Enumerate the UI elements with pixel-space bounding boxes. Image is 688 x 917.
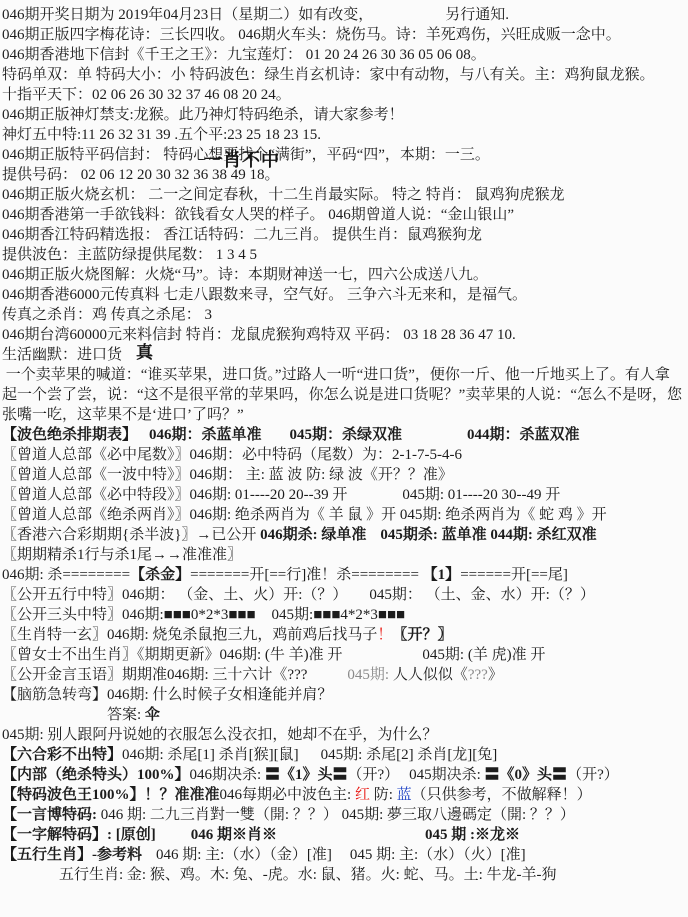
text-line: 046期正版神灯禁支:龙猴。此乃神灯特码绝杀，请大家参考！	[2, 105, 686, 125]
text-segment: 【杀金】	[130, 567, 190, 583]
text-line: 答案: 伞	[2, 705, 686, 725]
text-line: 【六合彩不出特】046期: 杀尾[1] 杀肖[猴][鼠]045期: 杀尾[2] …	[2, 745, 686, 765]
text-segment: 防:	[370, 787, 397, 803]
text-segment: 【五行生肖】	[2, 847, 92, 863]
text-line: 【脑筋急转弯】046期: 什么时候子女相逢能并肩？	[2, 685, 686, 705]
text-segment: 人人似似《	[389, 667, 468, 683]
text-segment: 〓《0》头〓	[485, 767, 568, 783]
text-line: 046期正版特平码信封： 特码心想要找个“满街”，平码“四”，本期：一三。	[2, 145, 686, 165]
text-segment: 【1】	[423, 567, 461, 583]
text-segment: 046期香江特码精选报： 香江话特码：二九三肖。 提供生肖：鼠鸡猴狗龙	[2, 227, 482, 243]
text-line: 〖期期精杀1行与杀1尾→→准准准〗	[2, 545, 686, 565]
text-segment: 046每期必中波色主:	[220, 787, 355, 803]
text-segment: 046期香港6000元传真料 七走八跟数来寻，空气好。 三争六斗无来和，是福气。	[2, 287, 527, 303]
text-line: 046期香江特码精选报： 香江话特码：二九三肖。 提供生肖：鼠鸡猴狗龙	[2, 225, 686, 245]
text-line: 046期香港6000元传真料 七走八跟数来寻，空气好。 三争六斗无来和，是福气。	[2, 285, 686, 305]
text-segment: ■■■	[313, 607, 340, 623]
text-segment: ■■■	[378, 607, 405, 623]
text-segment: 一个卖苹果的喊道：“谁买苹果，进口货。”过路人一听“进口货”，便你一斤、他一斤地…	[2, 367, 670, 383]
text-line: 〖曾道人总部《必中尾数》〗046期：必中特码（尾数）为：2-1-7-5-4-6	[2, 445, 686, 465]
text-segment: 〖香港六合彩期期{杀半波}〗→已公开	[2, 527, 260, 543]
text-line: 神灯五中特:11 26 32 31 39 .五个平:23 25 18 23 15…	[2, 125, 686, 145]
text-line: 046期台湾60000元来料信封 特肖：龙鼠虎猴狗鸡特双 平码： 03 18 2…	[2, 325, 686, 345]
text-segment: 〖公开三头中特〗046期:	[2, 607, 164, 623]
text-line: 〖曾女士不出生肖〗《期期更新》046期: (牛 羊)准 开045期: (羊 虎)…	[2, 645, 686, 665]
text-segment: 》	[488, 667, 503, 683]
text-segment: 答案:	[107, 707, 145, 723]
text-line: 〖公开五行中特〗046期： （金、土、火）开:（？）045期： （土、金、水）开…	[2, 585, 686, 605]
text-segment: 【一言博特码:	[2, 807, 101, 823]
spacer	[307, 665, 347, 666]
text-line: 传真之杀肖：鸡 传真之杀尾： 3	[2, 305, 686, 325]
text-line: 046期: 杀========【杀金】=======开[==行]准！杀=====…	[2, 565, 686, 585]
text-segment: 045期:	[347, 667, 389, 683]
spacer	[277, 825, 425, 826]
text-segment: 〖曾道人总部《必中尾数》〗046期：必中特码（尾数）为：2-1-7-5-4-6	[2, 447, 462, 463]
spacer	[137, 425, 149, 426]
text-segment: （开?）	[567, 767, 619, 783]
text-line: 【特码波色王100%】！？准准准046每期必中波色主: 红 防: 蓝（只供参考，…	[2, 785, 686, 805]
text-segment: ■■■	[164, 607, 191, 623]
spacer	[262, 425, 290, 426]
text-segment: 〖曾女士不出生肖〗《期期更新》046期: (牛 羊)准 开	[2, 647, 342, 663]
text-line: 〖公开金言玉语〗期期准046期: 三十六计《???045期: 人人似似《???》	[2, 665, 686, 685]
text-segment: 起一个尝了尝，说：“这不是很平常的苹果吗，你怎么说是进口货呢？”卖苹果的人说：“…	[2, 387, 682, 403]
spacer	[366, 525, 380, 526]
text-segment: 046期台湾60000元来料信封 特肖：龙鼠虎猴狗鸡特双 平码： 03 18 2…	[2, 327, 516, 343]
text-segment: 【一字解特码】: [原创]	[2, 827, 156, 843]
page: { "page": { "colors": { "red": "#e8120c"…	[0, 0, 688, 917]
text-segment: 神灯五中特:11 26 32 31 39 .五个平:23 25 18 23 15…	[2, 127, 321, 143]
text-segment: 045期: 别人跟阿丹说她的衣服怎么没衣扣，她却不在乎，为什么？	[2, 727, 437, 743]
text-segment: 046 期: 主:（水）（金）[准]	[156, 847, 332, 863]
text-segment: 045期: (羊 虎)准 开	[422, 647, 545, 663]
text-segment: 046 期※肖※	[191, 827, 277, 843]
text-segment: 046期正版四字梅花诗：三长四收。 046期火车头：烧伤马。诗：羊死鸡伤，兴旺成…	[2, 27, 621, 43]
text-segment: （开?）	[347, 767, 399, 783]
text-segment: 传真之杀肖：鸡 传真之杀尾： 3	[2, 307, 212, 323]
text-segment: 〖公开金言玉语〗期期准046期: 三十六计《???	[2, 667, 307, 683]
spacer	[347, 485, 402, 486]
text-line: 特码单双：单 特码大小：小 特码波色：绿生肖玄机诗：家中有动物，与八有关。主：鸡…	[2, 65, 686, 85]
text-line: 十指平天下：02 06 26 30 32 37 46 08 20 24。	[2, 85, 686, 105]
text-segment: 十指平天下：02 06 26 30 32 37 46 08 20 24。	[2, 87, 291, 103]
text-segment: 045期:	[272, 607, 314, 623]
text-segment: 0*2*3	[191, 607, 229, 623]
text-segment: 提供波色：主蓝防绿提供尾数： 1 3 4 5	[2, 247, 257, 263]
text-segment: 045 期: 主:（水）（火）[准]	[350, 847, 526, 863]
text-line: 〖曾道人总部《一波中特》〗046期： 主: 蓝 波 防: 绿 波《开？？准》	[2, 465, 686, 485]
text-line: 045期: 别人跟阿丹说她的衣服怎么没衣扣，她却不在乎，为什么？	[2, 725, 686, 745]
spacer	[347, 585, 369, 586]
text-segment: 045期杀: 蓝单准 044期: 杀红双准	[380, 527, 596, 543]
spacer	[402, 425, 467, 426]
text-line: 【一字解特码】: [原创]046 期※肖※045 期 :※龙※	[2, 825, 686, 845]
text-segment: 045期： （土、金、水）开:（？）	[369, 587, 594, 603]
text-line: 【内部（绝杀特头）100%】046期决杀: 〓《1》头〓（开?）045期决杀: …	[2, 765, 686, 785]
text-segment: 〖生肖特一玄〗046期: 烧兔杀鼠抱三九，鸡前鸡后找马子	[2, 627, 377, 643]
text-segment: 特码单双：单 特码大小：小 特码波色：绿生肖玄机诗：家中有动物，与八有关。主：鸡…	[2, 67, 655, 83]
text-segment: 044期：杀蓝双准	[467, 427, 580, 443]
text-segment: ■■■	[228, 607, 255, 623]
text-line: 〖曾道人总部《必中特段》〗046期: 01----20 20--39 开045期…	[2, 485, 686, 505]
text-line: 张嘴一吃，这苹果不是‘进口’了吗？”	[2, 405, 686, 425]
text-line: 一个卖苹果的喊道：“谁买苹果，进口货。”过路人一听“进口货”，便你一斤、他一斤地…	[2, 365, 686, 385]
text-segment: 〖开？〗	[392, 627, 452, 643]
text-line: 〖香港六合彩期期{杀半波}〗→已公开 046期杀: 绿单准045期杀: 蓝单准 …	[2, 525, 686, 545]
text-line: 生活幽默：进口货	[2, 345, 686, 365]
text-segment: 另行通知.	[445, 7, 509, 23]
overlay-stamp: 一肖不中	[204, 146, 280, 172]
text-segment: 伞	[145, 707, 160, 723]
document-body: 046期开奖日期为 2019年04月23日（星期二）如有改变，另行通知.046期…	[0, 0, 688, 885]
text-segment: 【六合彩不出特】	[2, 747, 122, 763]
text-segment: 046期：杀蓝单准	[149, 427, 262, 443]
text-segment: 045期决杀:	[409, 767, 484, 783]
text-segment: 【内部（绝杀特头）100%】	[2, 767, 190, 783]
text-segment: 046期: 杀========	[2, 567, 130, 583]
text-segment: 五行生肖: 金: 猴、鸡。木: 兔、-虎。水: 鼠、猪。火: 蛇、马。土: 牛龙…	[59, 867, 557, 883]
spacer	[332, 845, 350, 846]
text-segment: 张嘴一吃，这苹果不是‘进口’了吗？”	[2, 407, 244, 423]
text-segment: 045 期 :※龙※	[425, 827, 520, 843]
text-line: 046期正版火烧玄机： 二一之间定春秋，十二生肖最实际。 特之 特肖： 鼠鸡狗虎…	[2, 185, 686, 205]
text-segment: =======开[==行]准！杀========	[190, 567, 423, 583]
text-segment: 〖曾道人总部《必中特段》〗046期: 01----20 20--39 开	[2, 487, 347, 503]
text-line: 〖生肖特一玄〗046期: 烧兔杀鼠抱三九，鸡前鸡后找马子！〖开？〗	[2, 625, 686, 645]
text-line: 046期开奖日期为 2019年04月23日（星期二）如有改变，另行通知.	[2, 5, 686, 25]
spacer	[373, 5, 445, 6]
text-segment: 【脑筋急转弯】046期: 什么时候子女相逢能并肩？	[2, 687, 332, 703]
text-segment: 045期：杀绿双准	[290, 427, 403, 443]
text-segment: 046期开奖日期为 2019年04月23日（星期二）如有改变，	[2, 7, 373, 23]
text-line: 起一个尝了尝，说：“这不是很平常的苹果吗，你怎么说是进口货呢？”卖苹果的人说：“…	[2, 385, 686, 405]
text-segment: 【特码波色王100%】！？准准准	[2, 787, 220, 803]
text-segment: -参考料	[92, 847, 142, 863]
text-line: 〖曾道人总部《绝杀两肖》〗046期: 绝杀两肖为《 羊 鼠 》开 045期: 绝…	[2, 505, 686, 525]
text-line: 【五行生肖】-参考料046 期: 主:（水）（金）[准]045 期: 主:（水）…	[2, 845, 686, 865]
spacer	[342, 645, 422, 646]
text-segment: 〖期期精杀1行与杀1尾→→准准准〗	[2, 547, 242, 563]
spacer	[399, 765, 409, 766]
text-segment: ???	[468, 667, 488, 683]
text-segment: 045期: 01----20 30--49 开	[402, 487, 560, 503]
text-segment: 【波色绝杀排期表】	[2, 427, 137, 443]
text-segment: 046期正版火烧玄机： 二一之间定春秋，十二生肖最实际。 特之 特肖： 鼠鸡狗虎…	[2, 187, 565, 203]
text-line: 046期香港地下信封《千王之王》：九宝莲灯： 01 20 24 26 30 36…	[2, 45, 686, 65]
text-line: 【一言博特码: 046 期: 二九三肖對一雙（開: ？？） 045期: 夢三取八…	[2, 805, 686, 825]
text-line: 五行生肖: 金: 猴、鸡。木: 兔、-虎。水: 鼠、猪。火: 蛇、马。土: 牛龙…	[2, 865, 686, 885]
text-line: 046期正版四字梅花诗：三长四收。 046期火车头：烧伤马。诗：羊死鸡伤，兴旺成…	[2, 25, 686, 45]
text-segment: 046 期: 二九三肖對一雙（開: ？？） 045期: 夢三取八邊碼定（開: ？…	[101, 807, 575, 823]
text-segment: 045期: 杀尾[2] 杀肖[龙][兔]	[321, 747, 498, 763]
text-line: 046期正版火烧图解：火烧“马”。诗：本期财神送一七，四六公成送八九。	[2, 265, 686, 285]
spacer	[256, 605, 272, 606]
text-segment: 046期决杀:	[190, 767, 265, 783]
text-segment: 红	[355, 787, 370, 803]
text-segment: 〖公开五行中特〗046期： （金、土、火）开:（？）	[2, 587, 347, 603]
spacer	[156, 825, 191, 826]
text-segment: ======开[==尾]	[460, 567, 568, 583]
text-segment: 046期正版神灯禁支:龙猴。此乃神灯特码绝杀，请大家参考！	[2, 107, 404, 123]
text-line: 046期香港第一手欲钱料：欲钱看女人哭的样子。 046期曾道人说：“金山银山”	[2, 205, 686, 225]
text-segment: 蓝	[397, 787, 412, 803]
spacer	[299, 745, 321, 746]
text-segment: 046期香港第一手欲钱料：欲钱看女人哭的样子。 046期曾道人说：“金山银山”	[2, 207, 514, 223]
text-segment: 046期香港地下信封《千王之王》：九宝莲灯： 01 20 24 26 30 36…	[2, 47, 486, 63]
text-segment: 4*2*3	[340, 607, 378, 623]
text-segment: 046期: 杀尾[1] 杀肖[猴][鼠]	[122, 747, 299, 763]
text-segment: 〖曾道人总部《绝杀两肖》〗046期: 绝杀两肖为《 羊 鼠 》开 045期: 绝…	[2, 507, 607, 523]
overlay-stamp: 真	[136, 338, 154, 363]
text-segment: 046期杀: 绿单准	[260, 527, 366, 543]
text-line: 【波色绝杀排期表】046期：杀蓝单准045期：杀绿双准044期：杀蓝双准	[2, 425, 686, 445]
text-segment: （只供参考，不做解释！）	[412, 787, 592, 803]
text-line: 提供号码： 02 06 12 20 30 32 36 38 49 18。	[2, 165, 686, 185]
text-segment: 生活幽默：进口货	[2, 347, 122, 363]
spacer	[142, 845, 156, 846]
text-segment: 〓《1》头〓	[265, 767, 348, 783]
text-segment: 046期正版火烧图解：火烧“马”。诗：本期财神送一七，四六公成送八九。	[2, 267, 488, 283]
text-line: 提供波色：主蓝防绿提供尾数： 1 3 4 5	[2, 245, 686, 265]
text-line: 〖公开三头中特〗046期:■■■0*2*3■■■045期:■■■4*2*3■■■	[2, 605, 686, 625]
text-segment: ！	[377, 627, 392, 643]
text-segment: 〖曾道人总部《一波中特》〗046期： 主: 蓝 波 防: 绿 波《开？？准》	[2, 467, 453, 483]
